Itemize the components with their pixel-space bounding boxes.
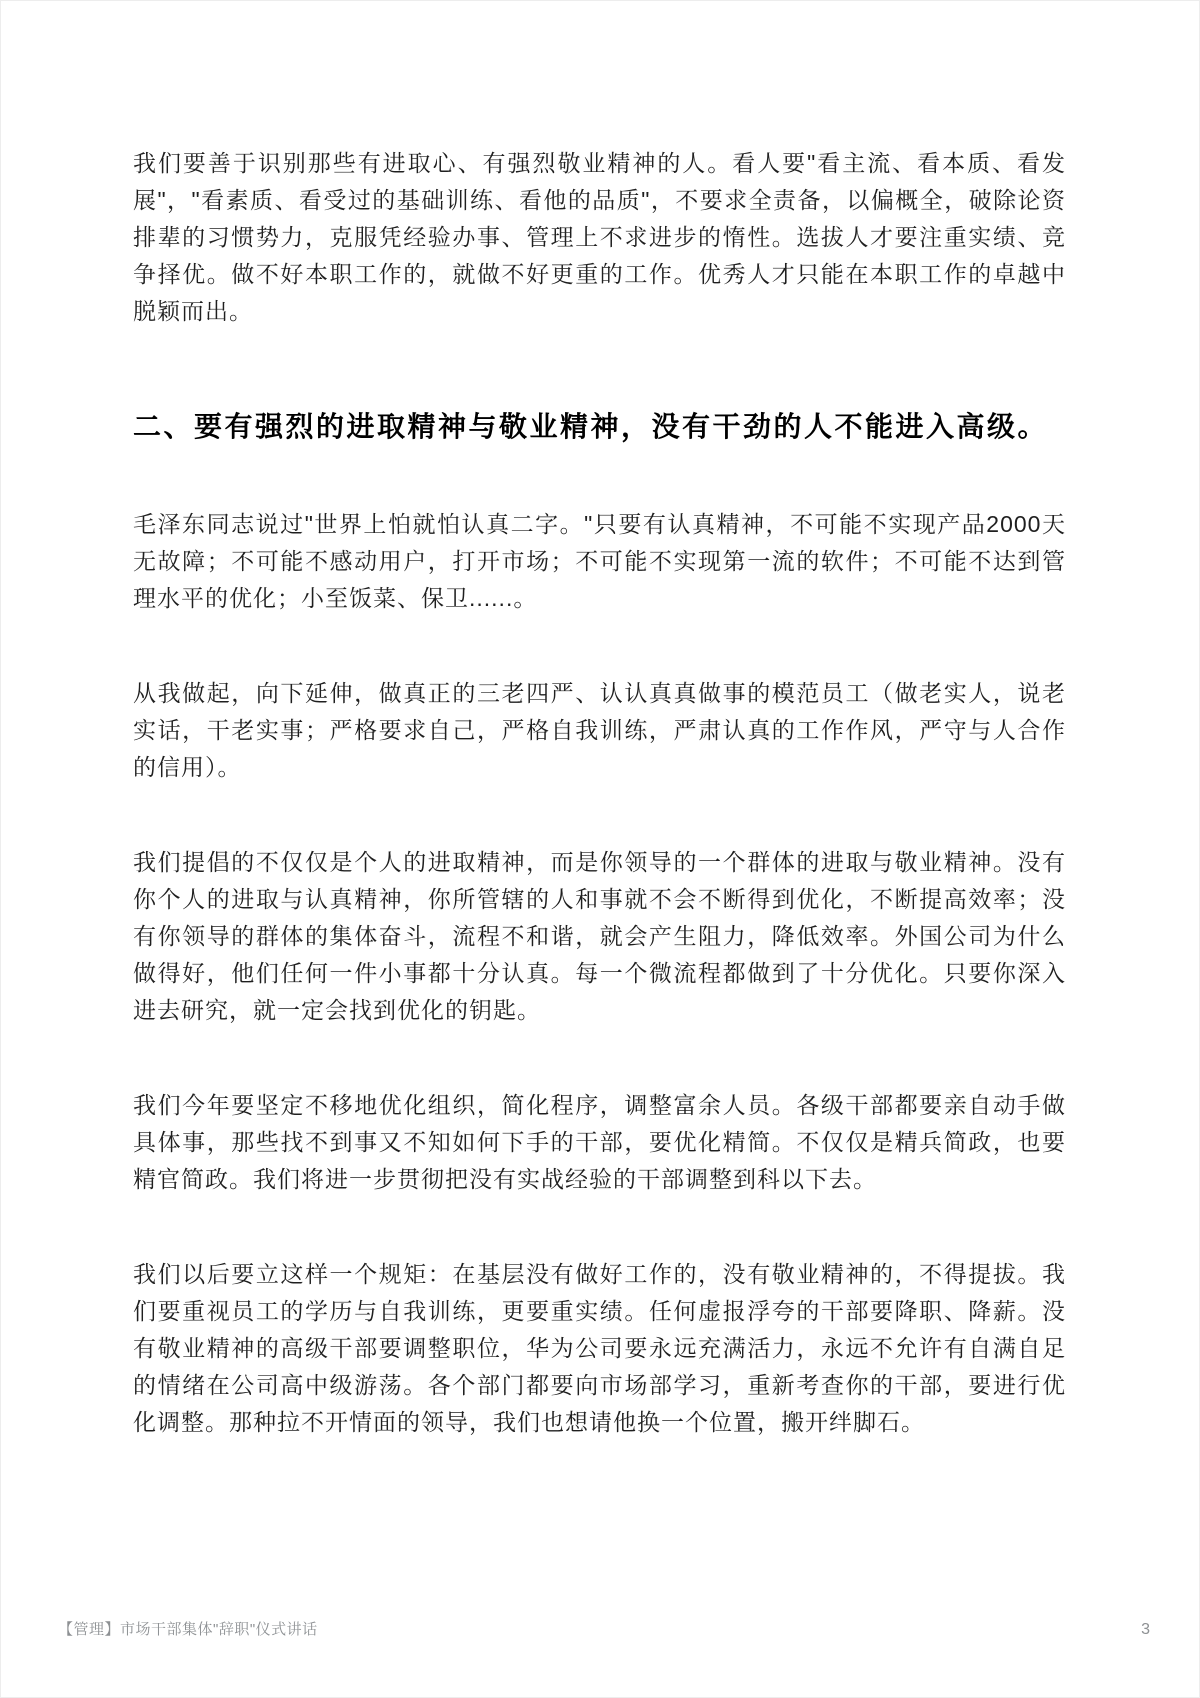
section-heading: 二、要有强烈的进取精神与敬业精神，没有干劲的人不能进入高级。 bbox=[133, 407, 1066, 447]
paragraph-group-spirit: 我们提倡的不仅仅是个人的进取精神，而是你领导的一个群体的进取与敬业精神。没有你个… bbox=[133, 844, 1066, 1029]
page-footer: 【管理】市场干部集体"辞职"仪式讲话 3 bbox=[58, 1618, 1150, 1639]
document-page: 我们要善于识别那些有进取心、有强烈敬业精神的人。看人要"看主流、看本质、看发展"… bbox=[0, 0, 1200, 1698]
document-content: 我们要善于识别那些有进取心、有强烈敬业精神的人。看人要"看主流、看本质、看发展"… bbox=[133, 145, 1066, 1499]
paragraph-intro: 我们要善于识别那些有进取心、有强烈敬业精神的人。看人要"看主流、看本质、看发展"… bbox=[133, 145, 1066, 330]
footer-document-title: 【管理】市场干部集体"辞职"仪式讲话 bbox=[58, 1618, 318, 1639]
footer-page-number: 3 bbox=[1141, 1621, 1150, 1639]
paragraph-optimize-organization: 我们今年要坚定不移地优化组织，简化程序，调整富余人员。各级干部都要亲自动手做具体… bbox=[133, 1087, 1066, 1198]
paragraph-lead-by-example: 从我做起，向下延伸，做真正的三老四严、认认真真做事的模范员工（做老实人，说老实话… bbox=[133, 675, 1066, 786]
paragraph-promotion-rule: 我们以后要立这样一个规矩：在基层没有做好工作的，没有敬业精神的，不得提拔。我们要… bbox=[133, 1256, 1066, 1441]
paragraph-mao-quote: 毛泽东同志说过"世界上怕就怕认真二字。"只要有认真精神，不可能不实现产品2000… bbox=[133, 506, 1066, 617]
